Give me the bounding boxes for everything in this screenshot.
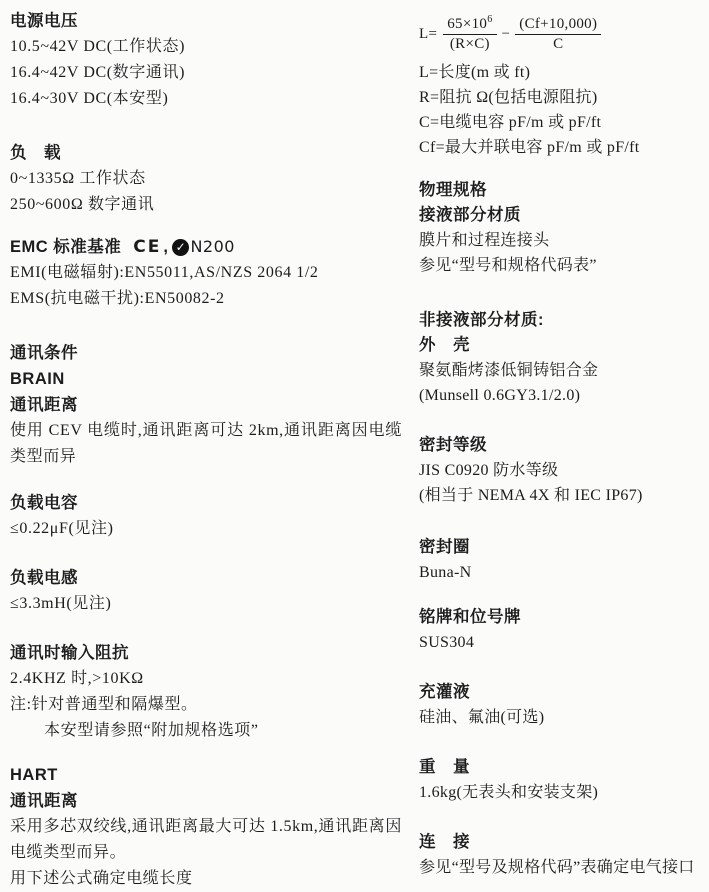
ce-mark-icon: CE [133,234,161,260]
section-gap [419,655,705,680]
fraction-1-numerator: 65×106 [443,16,496,35]
section-gap [419,160,705,178]
fraction-2: (Cf+10,000)C [515,16,601,53]
section-gap [419,278,705,308]
section-gap [419,408,705,433]
spec-line: 2.4KHZ 时,>10KΩ [10,666,402,692]
section-gap [10,470,402,490]
section-gap [10,218,402,234]
fraction-1-denominator: (R×C) [450,35,490,53]
spec-line: R=阻抗 Ω(包括电源阻抗) [419,85,705,110]
spec-line: 参见“型号和规格代码表” [419,253,705,278]
spec-line: 聚氨酯烤漆低铜铸铝合金 [419,358,705,383]
spec-heading: 连 接 [419,830,705,855]
spec-line: 0~1335Ω 工作状态 [10,166,402,192]
spec-heading: HART [10,762,402,788]
minus-sign: − [502,26,511,43]
fraction-1: 65×106(R×C) [443,16,496,53]
spec-line: 用下述公式确定电缆长度 [10,866,402,892]
spec-line: SUS304 [419,630,705,655]
spec-heading: 非接液部分材质: [419,308,705,333]
section-gap [419,508,705,535]
spec-line: JIS C0920 防水等级 [419,458,705,483]
spec-heading: 密封圈 [419,535,705,560]
ctick-check-icon: ✓ [172,239,189,256]
section-gap [10,112,402,140]
ctick-mark-icon: ✓N200 [172,234,235,260]
section-gap [419,805,705,830]
spec-line: Cf=最大并联电容 pF/m 或 pF/ft [419,135,705,160]
spec-line: 膜片和过程连接头 [419,228,705,253]
spec-heading: 负载电感 [10,565,402,591]
spec-line: C=电缆电容 pF/m 或 pF/ft [419,110,705,135]
spec-heading: 铭牌和位号牌 [419,605,705,630]
spec-line: 10.5~42V DC(工作状态) [10,34,402,60]
spec-line: (Munsell 0.6GY3.1/2.0) [419,383,705,408]
spec-line: 16.4~30V DC(本安型) [10,86,402,112]
ctick-number: N200 [190,234,235,260]
section-gap [10,542,402,565]
emc-label: EMC 标准基准 [10,234,121,260]
spec-line: 注:针对普通型和隔爆型。 [10,692,402,718]
formula-lhs: L= [419,26,437,43]
spec-heading: 重 量 [419,755,705,780]
fraction-2-denominator: C [553,35,563,53]
section-gap [10,744,402,762]
section-gap [10,312,402,340]
spec-heading: 负 载 [10,140,402,166]
spec-line: 参见“型号及规格代码”表确定电气接口 [419,855,705,880]
spec-heading: 充灌液 [419,680,705,705]
emc-separator: , [163,234,168,260]
spec-heading: BRAIN [10,366,402,392]
spec-line: 250~600Ω 数字通讯 [10,192,402,218]
spec-heading: 通讯条件 [10,340,402,366]
spec-heading: 密封等级 [419,433,705,458]
spec-line: 1.6kg(无表头和安装支架) [419,780,705,805]
spec-line: ≤0.22μF(见注) [10,516,402,542]
section-gap [419,585,705,605]
spec-line: L=长度(m 或 ft) [419,60,705,85]
spec-heading: 电源电压 [10,8,402,34]
spec-heading: 通讯距离 [10,392,402,418]
spec-heading: 通讯距离 [10,788,402,814]
spec-heading: 负载电容 [10,490,402,516]
spec-line: 使用 CEV 电缆时,通讯距离可达 2km,通讯距离因电缆类型而异 [10,418,402,470]
spec-line: EMS(抗电磁干扰):EN50082-2 [10,286,402,312]
cable-length-formula: L=65×106(R×C)−(Cf+10,000)C [419,8,705,60]
spec-line: Buna-N [419,560,705,585]
spec-heading: 接液部分材质 [419,203,705,228]
spec-line: 16.4~42V DC(数字通讯) [10,60,402,86]
spec-line: EMI(电磁辐射):EN55011,AS/NZS 2064 1/2 [10,260,402,286]
fraction-2-numerator: (Cf+10,000) [515,16,601,35]
exponent: 6 [487,14,492,25]
spec-line: ≤3.3mH(见注) [10,591,402,617]
spec-line: 本安型请参照“附加规格选项” [10,718,402,744]
section-gap [419,730,705,755]
spec-line: (相当于 NEMA 4X 和 IEC IP67) [419,483,705,508]
spec-heading: 物理规格 [419,178,705,203]
spec-heading: 外 壳 [419,333,705,358]
section-gap [10,617,402,640]
spec-document-page: 电源电压10.5~42V DC(工作状态)16.4~42V DC(数字通讯)16… [0,0,709,892]
spec-line: 采用多芯双绞线,通讯距离最大可达 1.5km,通讯距离因电缆类型而异。 [10,814,402,866]
right-column: L=65×106(R×C)−(Cf+10,000)CL=长度(m 或 ft)R=… [419,0,705,880]
spec-heading: 通讯时输入阻抗 [10,640,402,666]
spec-line: 硅油、氟油(可选) [419,705,705,730]
emc-heading: EMC 标准基准CE,✓N200 [10,234,402,260]
left-column: 电源电压10.5~42V DC(工作状态)16.4~42V DC(数字通讯)16… [10,0,402,892]
